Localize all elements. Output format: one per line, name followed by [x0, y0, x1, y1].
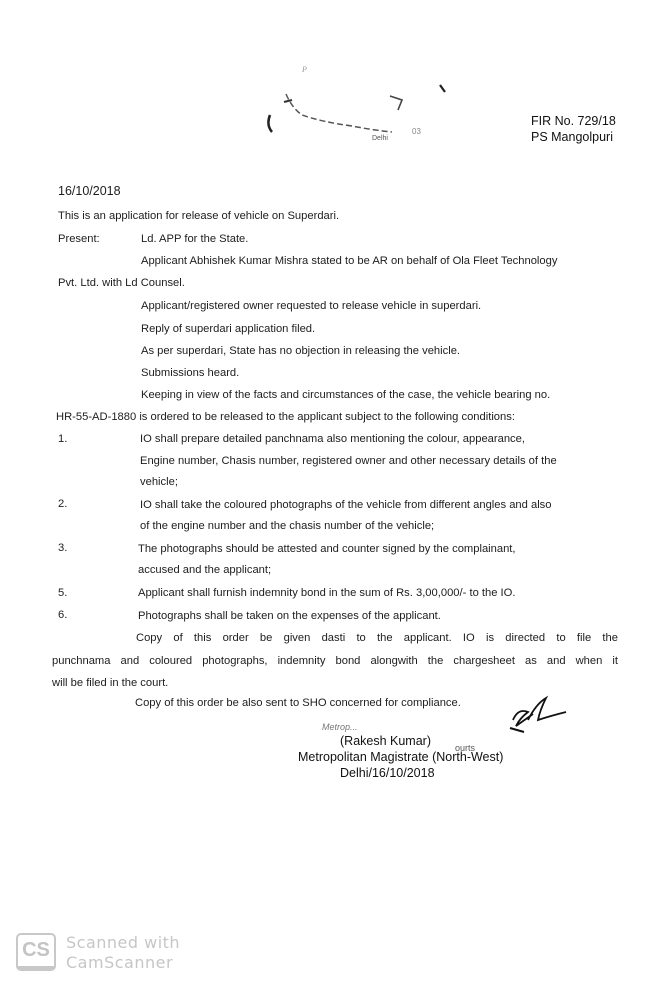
copy-dasti-para-cont: punchnama and coloured photographs, inde… [52, 654, 618, 668]
watermark-line2: CamScanner [66, 953, 180, 973]
court-stamp: P 03 Delhi [262, 60, 452, 150]
present-app: Ld. APP for the State. [141, 232, 248, 246]
copy-dasti-para: Copy of this order be given dasti to the… [136, 631, 618, 645]
fir-header: FIR No. 729/18 PS Mangolpuri [531, 113, 616, 145]
intro-text: This is an application for release of ve… [58, 209, 339, 223]
copy-sho-para: Copy of this order be also sent to SHO c… [135, 696, 461, 710]
condition-number: 2. [58, 497, 67, 511]
condition-text: IO shall take the coloured photographs o… [140, 498, 552, 512]
camscanner-logo-icon: CS [16, 933, 56, 971]
condition-text: accused and the applicant; [138, 563, 271, 577]
seal-fragment: Metrop... [322, 722, 358, 732]
para-no-objection: As per superdari, State has no objection… [141, 344, 460, 358]
present-applicant-cont: Pvt. Ltd. with Ld Counsel. [58, 276, 185, 290]
present-applicant: Applicant Abhishek Kumar Mishra stated t… [141, 254, 557, 268]
condition-text: Applicant shall furnish indemnity bond i… [138, 586, 515, 600]
condition-number: 5. [58, 586, 67, 600]
place-date: Delhi/16/10/2018 [298, 765, 503, 781]
condition-text: Photographs shall be taken on the expens… [138, 609, 441, 623]
para-reply: Reply of superdari application filed. [141, 322, 315, 336]
condition-number: 1. [58, 432, 67, 446]
condition-number: 3. [58, 541, 67, 555]
copy-dasti-para-end: will be filed in the court. [52, 676, 168, 690]
police-station: PS Mangolpuri [531, 129, 616, 145]
svg-text:Delhi: Delhi [372, 135, 388, 142]
para-vehicle-order: HR-55-AD-1880 is ordered to be released … [56, 410, 515, 424]
present-label: Present: [58, 232, 100, 246]
para-submissions: Submissions heard. [141, 366, 239, 380]
para-request: Applicant/registered owner requested to … [141, 299, 481, 313]
order-date: 16/10/2018 [58, 184, 121, 198]
condition-text: of the engine number and the chasis numb… [140, 519, 434, 533]
svg-text:03: 03 [412, 127, 421, 136]
condition-text: IO shall prepare detailed panchnama also… [140, 432, 525, 446]
svg-text:P: P [301, 65, 307, 74]
condition-text: vehicle; [140, 475, 178, 489]
watermark-line1: Scanned with [66, 933, 180, 953]
condition-number: 6. [58, 608, 67, 622]
handwritten-signature [458, 690, 568, 735]
condition-text: Engine number, Chasis number, registered… [140, 454, 557, 468]
camscanner-watermark: Scanned with CamScanner [66, 933, 180, 973]
seal-tail: ourts [455, 743, 475, 753]
condition-text: The photographs should be attested and c… [138, 542, 516, 556]
stamp-icon: P 03 Delhi [262, 60, 452, 150]
fir-number: FIR No. 729/18 [531, 113, 616, 129]
para-keeping-view: Keeping in view of the facts and circums… [141, 388, 550, 402]
signature-block: (Rakesh Kumar) Metropolitan Magistrate (… [298, 733, 503, 781]
